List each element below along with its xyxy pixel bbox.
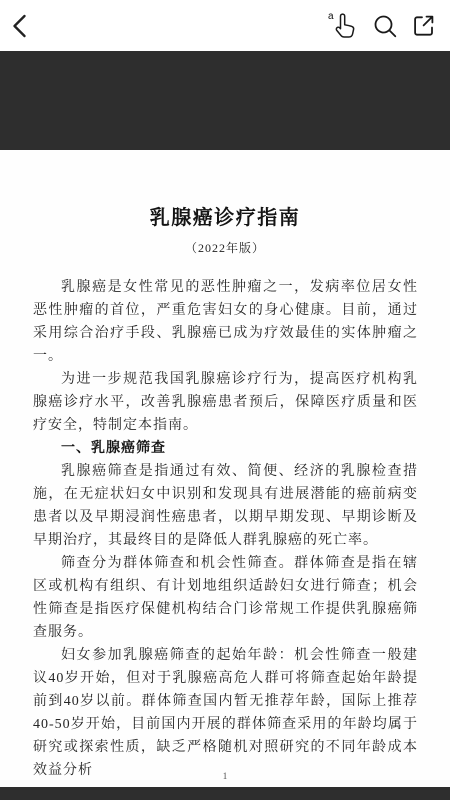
section-heading: 一、乳腺癌筛查 <box>33 437 418 460</box>
back-button[interactable] <box>10 13 30 39</box>
share-export-icon <box>411 13 436 38</box>
pdf-viewer-screen: a <box>0 0 450 800</box>
text-select-tool-button[interactable]: a <box>327 9 359 43</box>
search-button[interactable] <box>372 13 398 39</box>
paragraph-1: 乳腺癌是女性常见的恶性肿瘤之一，发病率位居女性恶性肿瘤的首位，严重危害妇女的身心… <box>33 276 418 368</box>
paragraph-3: 乳腺癌筛查是指通过有效、简便、经济的乳腺检查措施，在无症状妇女中识别和发现具有进… <box>33 460 418 552</box>
search-icon <box>372 13 398 39</box>
page-number: 1 <box>0 771 450 781</box>
chevron-left-icon <box>10 13 30 39</box>
document-page[interactable]: 乳腺癌诊疗指南 （2022年版） 乳腺癌是女性常见的恶性肿瘤之一，发病率位居女性… <box>0 150 450 787</box>
document-subtitle: （2022年版） <box>0 240 450 256</box>
toolbar-actions: a <box>327 9 436 43</box>
document-title: 乳腺癌诊疗指南 <box>0 206 450 230</box>
paragraph-2: 为进一步规范我国乳腺癌诊疗行为，提高医疗机构乳腺癌诊疗水平，改善乳腺癌患者预后，… <box>33 368 418 437</box>
share-button[interactable] <box>411 13 436 38</box>
paragraph-5: 妇女参加乳腺癌筛查的起始年龄：机会性筛查一般建议40岁开始，但对于乳腺癌高危人群… <box>33 644 418 782</box>
text-select-hand-icon: a <box>327 9 359 43</box>
select-tool-letter: a <box>328 11 334 22</box>
paragraph-4: 筛查分为群体筛查和机会性筛查。群体筛查是指在辖区或机构有组织、有计划地组织适龄妇… <box>33 552 418 644</box>
toolbar: a <box>0 0 450 51</box>
document-viewer[interactable]: 乳腺癌诊疗指南 （2022年版） 乳腺癌是女性常见的恶性肿瘤之一，发病率位居女性… <box>0 51 450 800</box>
document-body: 乳腺癌是女性常见的恶性肿瘤之一，发病率位居女性恶性肿瘤的首位，严重危害妇女的身心… <box>33 276 418 782</box>
